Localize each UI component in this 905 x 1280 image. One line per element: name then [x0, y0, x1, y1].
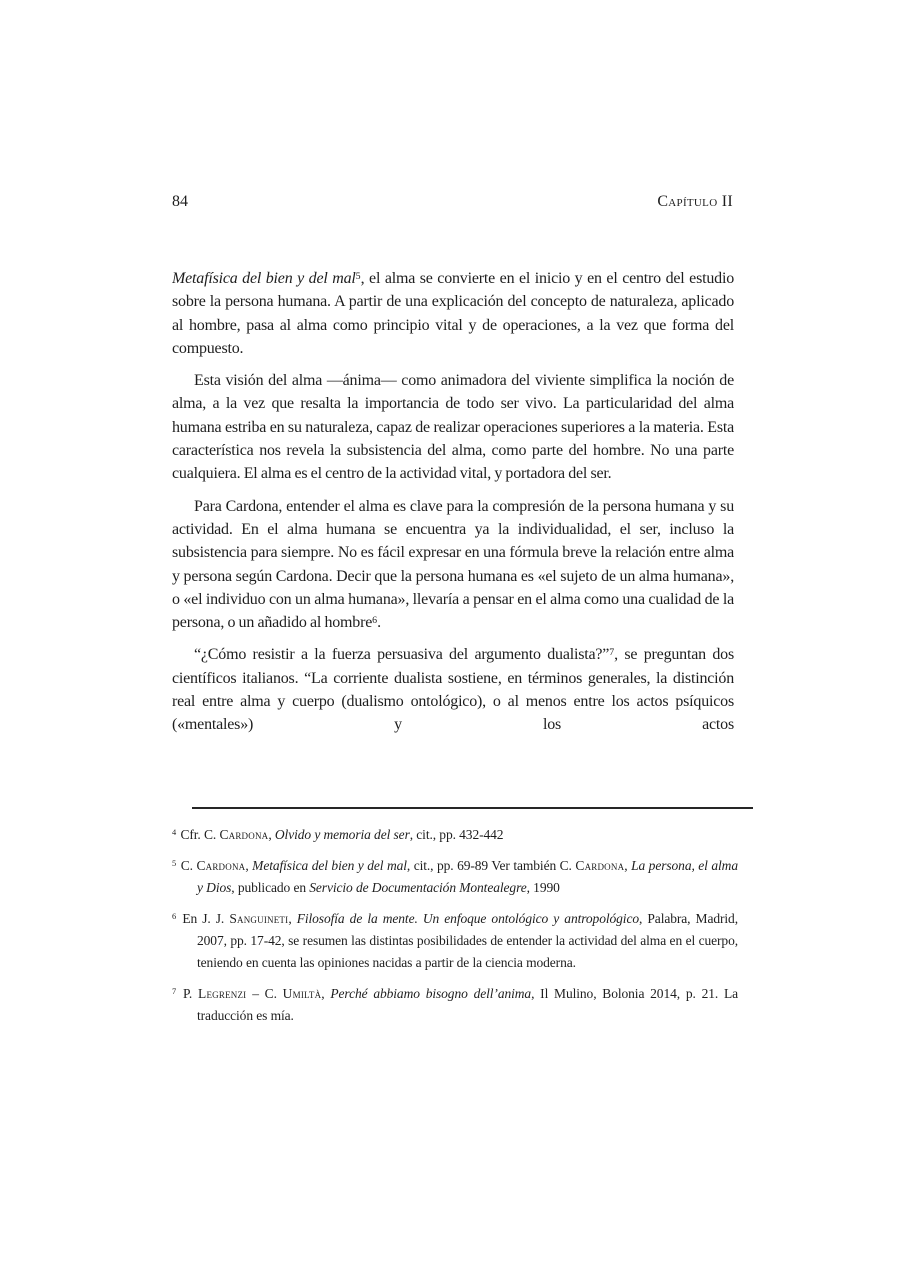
footnote: 4 Cfr. C. Cardona, Olvido y memoria del … [172, 824, 738, 846]
text-run: Para Cardona, entender el alma es clave … [172, 498, 734, 631]
text-run: Cfr. C. [180, 827, 219, 842]
document-page: 84 Capítulo II Metafísica del bien y del… [0, 0, 905, 1280]
chapter-heading: Capítulo II [657, 193, 733, 211]
text-run: Perché abbiamo bisogno dell’anima [330, 986, 531, 1001]
footnote-number: 4 [172, 828, 176, 837]
text-run: Esta visión del alma —ánima— como animad… [172, 372, 734, 482]
footnote-number: 5 [172, 859, 176, 868]
text-run: Umiltà [283, 986, 322, 1001]
text-run: Metafísica del bien y del mal [172, 270, 356, 287]
text-run: Cardona [219, 827, 268, 842]
page-number: 84 [172, 193, 188, 211]
text-run: , publicado en [231, 880, 309, 895]
text-run: . [377, 614, 381, 631]
page-header: 84 Capítulo II [172, 193, 733, 211]
text-run: Filosofía de la mente. Un enfoque ontoló… [297, 911, 639, 926]
footnote-number: 6 [172, 912, 176, 921]
text-run: Metafísica del bien y del mal [252, 858, 407, 873]
footnote-reference: 6 [372, 615, 377, 626]
paragraph: Para Cardona, entender el alma es clave … [172, 495, 734, 635]
text-run: “¿Cómo resistir a la fuerza persuasiva d… [194, 646, 609, 663]
paragraph: “¿Cómo resistir a la fuerza persuasiva d… [172, 643, 734, 736]
text-run: , cit., pp. 432-442 [410, 827, 504, 842]
text-run: Olvido y memoria del ser [275, 827, 410, 842]
footnotes-section: 4 Cfr. C. Cardona, Olvido y memoria del … [172, 807, 738, 1036]
paragraph: Esta visión del alma —ánima— como animad… [172, 369, 734, 485]
text-run: P. [183, 986, 198, 1001]
footnote-list: 4 Cfr. C. Cardona, Olvido y memoria del … [172, 809, 738, 1027]
footnote-reference: 5 [356, 271, 361, 282]
text-run: , cit., pp. 69-89 Ver también C. [407, 858, 575, 873]
text-run: Servicio de Documentación Montealegre [309, 880, 526, 895]
text-run: Cardona [196, 858, 245, 873]
text-run: , 1990 [527, 880, 560, 895]
footnote-reference: 7 [609, 647, 614, 658]
text-run: – C. [246, 986, 282, 1001]
footnote: 5 C. Cardona, Metafísica del bien y del … [172, 855, 738, 899]
body-text: Metafísica del bien y del mal5, el alma … [172, 267, 734, 803]
paragraph: Metafísica del bien y del mal5, el alma … [172, 267, 734, 360]
text-run: Sanguineti [229, 911, 288, 926]
text-run: C. [181, 858, 197, 873]
text-run: Cardona [575, 858, 624, 873]
footnote-number: 7 [172, 987, 176, 996]
text-run: En J. J. [182, 911, 229, 926]
footnote: 7 P. Legrenzi – C. Umiltà, Perché abbiam… [172, 983, 738, 1027]
text-run: Legrenzi [198, 986, 246, 1001]
footnote: 6 En J. J. Sanguineti, Filosofía de la m… [172, 908, 738, 974]
text-run: , [288, 911, 296, 926]
